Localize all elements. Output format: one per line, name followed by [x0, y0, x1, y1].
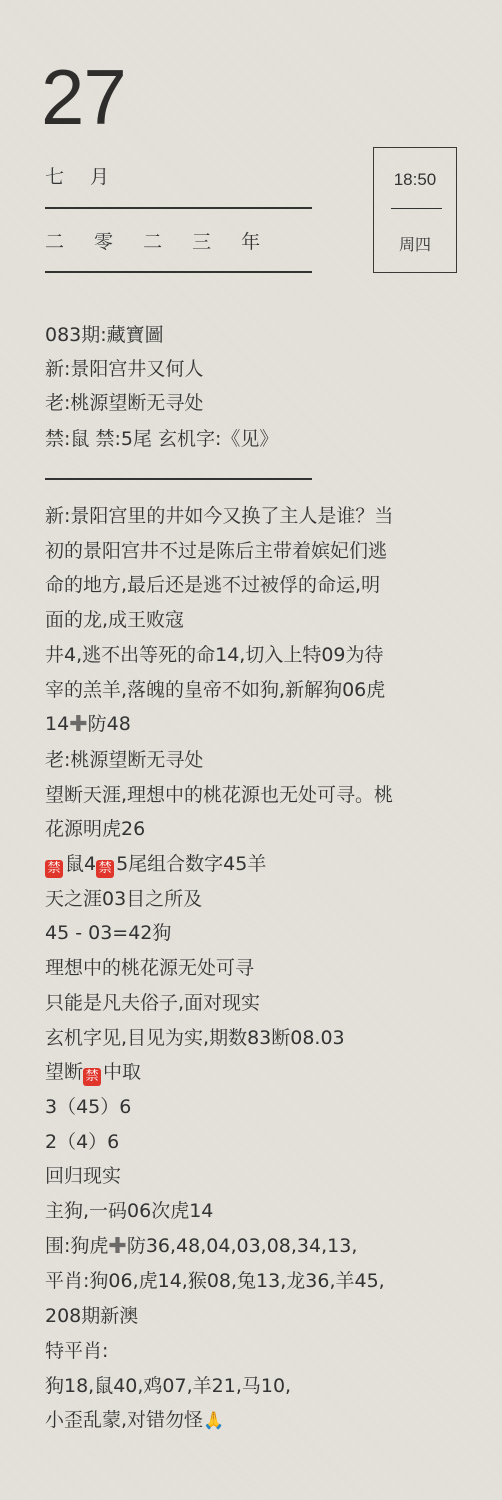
text-line: 3（45）6: [45, 1090, 465, 1125]
praying-hands-icon: 🙏: [203, 1404, 224, 1439]
plus-icon: ✚: [69, 708, 87, 743]
text-line: 2（4）6: [45, 1125, 465, 1160]
divider: [45, 207, 312, 209]
text-span: 围:狗虎: [45, 1235, 108, 1257]
text-line: 平肖:狗06,虎14,猴08,兔13,龙36,羊45,: [45, 1264, 465, 1299]
text-line: 面的龙,成王败寇: [45, 603, 465, 638]
date-month: 七 月: [45, 162, 119, 189]
old-riddle: 老:桃源望断无寻处: [45, 386, 278, 420]
text-line: 主狗,一码06次虎14: [45, 1194, 465, 1229]
text-line: 玄机字见,目见为实,期数83断08.03: [45, 1021, 465, 1056]
date-year: 二 零 二 三 年: [45, 227, 272, 254]
ban-icon: 禁: [96, 860, 114, 878]
text-line: 14✚防48: [45, 707, 465, 743]
text-line: 花源明虎26: [45, 812, 465, 847]
text-line: 围:狗虎✚防36,48,04,03,08,34,13,: [45, 1229, 465, 1265]
text-line: 小歪乱蒙,对错勿怪🙏: [45, 1403, 465, 1439]
text-line: 老:桃源望断无寻处: [45, 743, 465, 778]
weekday-text: 周四: [374, 232, 456, 255]
text-line: 特平肖:: [45, 1334, 465, 1369]
text-line: 望断天涯,理想中的桃花源也无处可寻。桃: [45, 778, 465, 813]
text-line: 初的景阳宫井不过是陈后主带着嫔妃们逃: [45, 534, 465, 569]
text-span: 14: [45, 713, 69, 735]
ban-icon: 禁: [45, 860, 63, 878]
text-line: 天之涯03目之所及: [45, 882, 465, 917]
text-line: 宰的羔羊,落魄的皇帝不如狗,新解狗06虎: [45, 673, 465, 708]
text-line: 狗18,鼠40,鸡07,羊21,马10,: [45, 1369, 465, 1404]
text-line: 禁鼠4禁5尾组合数字45羊: [45, 847, 465, 882]
text-line: 望断禁中取: [45, 1055, 465, 1090]
text-line: 新:景阳宫里的井如今又换了主人是谁？当: [45, 499, 465, 534]
divider: [45, 271, 312, 273]
text-line: 只能是凡夫俗子,面对现实: [45, 986, 465, 1021]
text-line: 45 - 03=42狗: [45, 916, 465, 951]
text-line: 回归现实: [45, 1159, 465, 1194]
analysis-text: 新:景阳宫里的井如今又换了主人是谁？当 初的景阳宫井不过是陈后主带着嫔妃们逃 命…: [45, 499, 465, 1439]
time-text: 18:50: [374, 170, 456, 190]
plus-icon: ✚: [108, 1230, 126, 1265]
text-span: 小歪乱蒙,对错勿怪: [45, 1409, 203, 1431]
text-span: 中取: [103, 1061, 141, 1083]
ban-line: 禁:鼠 禁:5尾 玄机字:《见》: [45, 422, 278, 456]
date-day: 27: [41, 58, 126, 136]
text-line: 命的地方,最后还是逃不过被俘的命运,明: [45, 568, 465, 603]
text-span: 望断: [45, 1061, 83, 1083]
time-box: 18:50 周四: [373, 147, 457, 273]
text-span: 防48: [88, 713, 131, 735]
text-span: 防36,48,04,03,08,34,13,: [127, 1235, 358, 1257]
text-line: 理想中的桃花源无处可寻: [45, 951, 465, 986]
text-line: 井4,逃不出等死的命14,切入上特09为待: [45, 638, 465, 673]
text-span: 鼠4: [65, 853, 96, 875]
text-line: 208期新澳: [45, 1299, 465, 1334]
summary-block: 083期:藏寶圖 新:景阳宫井又何人 老:桃源望断无寻处 禁:鼠 禁:5尾 玄机…: [45, 318, 278, 456]
ban-icon: 禁: [83, 1068, 101, 1086]
text-span: 5尾组合数字45羊: [116, 853, 266, 875]
issue-title: 083期:藏寶圖: [45, 318, 278, 352]
new-riddle: 新:景阳宫井又何人: [45, 352, 278, 386]
section-divider: [45, 478, 312, 480]
time-divider: [391, 208, 442, 209]
